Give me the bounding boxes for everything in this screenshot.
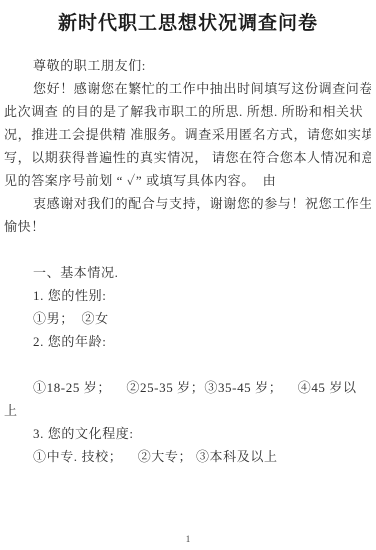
intro-line: 见的答案序号前划 “ ✓” 或填写具体内容。 由	[4, 169, 371, 192]
blank-line	[4, 238, 371, 261]
question-3-label: 3. 您的文化程度:	[4, 422, 371, 445]
question-2-label: 2. 您的年龄:	[4, 330, 371, 353]
intro-line: 此次调查 的目的是了解我市职工的所思. 所想. 所盼和相关状	[4, 100, 371, 123]
page-number: 1	[0, 534, 376, 544]
intro-line: 衷感谢对我们的配合与支持，谢谢您的参与！祝您工作生活	[4, 192, 371, 215]
document-body: 尊敬的职工朋友们: 您好！感谢您在繁忙的工作中抽出时间填写这份调查问卷。 此次调…	[4, 54, 371, 468]
intro-line: 愉快！	[4, 215, 371, 238]
question-2-options-line-1: ①18-25 岁； ②25-35 岁；③35-45 岁； ④45 岁以	[4, 376, 371, 399]
document-page: 新时代职工思想状况调查问卷 尊敬的职工朋友们: 您好！感谢您在繁忙的工作中抽出时…	[0, 0, 376, 550]
salutation: 尊敬的职工朋友们:	[4, 54, 371, 77]
question-1-label: 1. 您的性别:	[4, 284, 371, 307]
intro-line: 写，以期获得普遍性的真实情况， 请您在符合您本人情况和意	[4, 146, 371, 169]
section-heading: 一、基本情况.	[4, 261, 371, 284]
intro-line: 您好！感谢您在繁忙的工作中抽出时间填写这份调查问卷。	[4, 77, 371, 100]
question-2-options-line-2: 上	[4, 399, 371, 422]
blank-line	[4, 353, 371, 376]
question-1-options: ①男； ②女	[4, 307, 371, 330]
question-3-options: ①中专. 技校； ②大专； ③本科及以上	[4, 445, 371, 468]
document-title: 新时代职工思想状况调查问卷	[0, 8, 376, 35]
intro-line: 况，推进工会提供精 准服务。调查采用匿名方式，请您如实填	[4, 123, 371, 146]
